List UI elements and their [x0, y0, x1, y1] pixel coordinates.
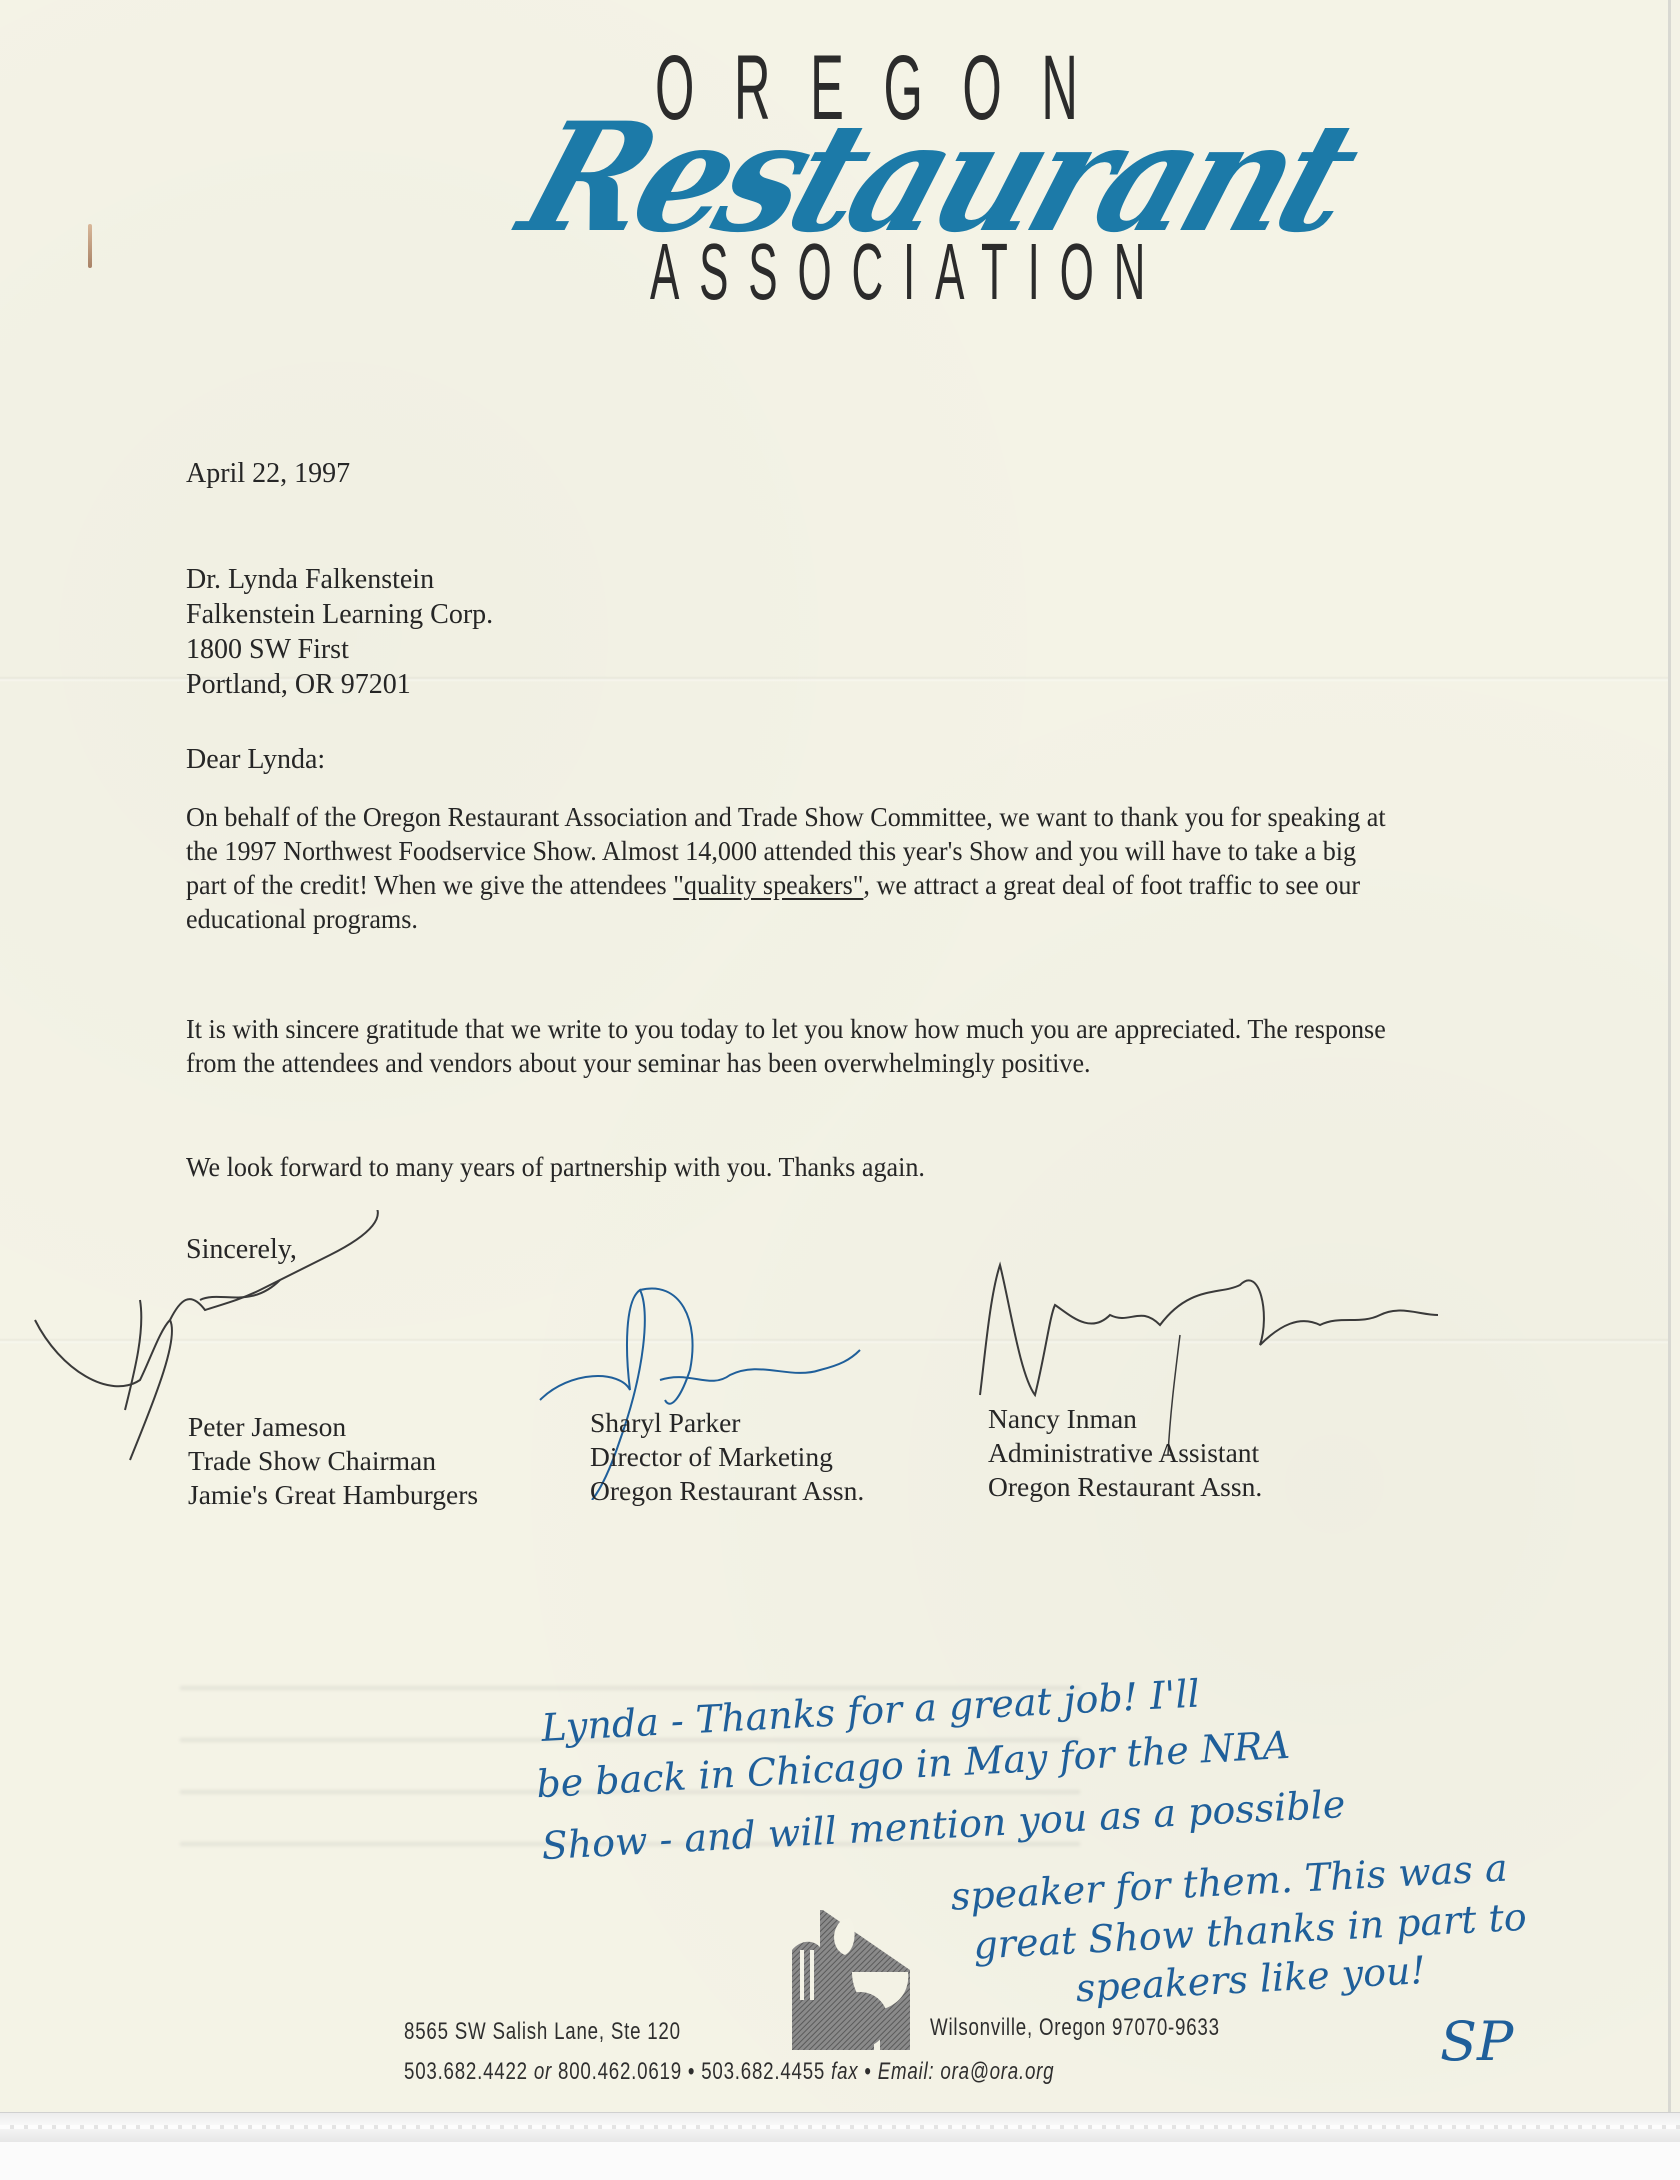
- signatory-org: Oregon Restaurant Assn.: [988, 1470, 1262, 1504]
- bullet-separator: •: [688, 2058, 695, 2085]
- signatory-title: Director of Marketing: [590, 1440, 864, 1474]
- recipient-address: Dr. Lynda Falkenstein Falkenstein Learni…: [186, 562, 493, 702]
- body-paragraph-2: It is with sincere gratitude that we wri…: [186, 1012, 1396, 1080]
- staple-mark: [88, 224, 92, 268]
- signatory-nancy-inman: Nancy Inman Administrative Assistant Ore…: [988, 1402, 1262, 1504]
- signatory-name: Sharyl Parker: [590, 1406, 864, 1440]
- recipient-street: 1800 SW First: [186, 632, 493, 667]
- footer-fax-label: fax: [831, 2058, 858, 2085]
- footer-fax: 503.682.4455: [701, 2058, 825, 2085]
- footer-phone: 503.682.4422: [404, 2058, 528, 2085]
- paper-fold: [0, 1338, 1668, 1344]
- signatory-name: Peter Jameson: [188, 1410, 478, 1444]
- quality-speakers-emphasis: "quality speakers": [673, 870, 863, 900]
- footer-contact-line: 503.682.4422 or 800.462.0619 • 503.682.4…: [404, 2058, 1054, 2086]
- body-paragraph-3: We look forward to many years of partner…: [186, 1150, 1396, 1184]
- footer-tollfree: 800.462.0619: [558, 2058, 682, 2085]
- ora-house-logo-icon: [790, 1910, 920, 2050]
- plastic-sleeve-edge: [0, 2112, 1680, 2144]
- recipient-city: Portland, OR 97201: [186, 667, 493, 702]
- recipient-company: Falkenstein Learning Corp.: [186, 597, 493, 632]
- background-below-page: [0, 2142, 1680, 2180]
- signatory-title: Trade Show Chairman: [188, 1444, 478, 1478]
- signatory-name: Nancy Inman: [988, 1402, 1262, 1436]
- footer-or: or: [534, 2058, 552, 2085]
- logo-association: ASSOCIATION: [650, 226, 1165, 318]
- bullet-separator: •: [864, 2058, 871, 2085]
- footer-address-street: 8565 SW Salish Lane, Ste 120: [404, 2018, 681, 2046]
- handwritten-initials: SP: [1440, 2010, 1513, 2073]
- letter-date: April 22, 1997: [186, 456, 350, 491]
- signatory-org: Oregon Restaurant Assn.: [590, 1474, 864, 1508]
- signatory-title: Administrative Assistant: [988, 1436, 1262, 1470]
- recipient-name: Dr. Lynda Falkenstein: [186, 562, 493, 597]
- signatory-sharyl-parker: Sharyl Parker Director of Marketing Oreg…: [590, 1406, 864, 1508]
- closing: Sincerely,: [186, 1232, 297, 1267]
- letterhead-logo: OREGON Restaurant ASSOCIATION: [480, 30, 1140, 310]
- signatory-org: Jamie's Great Hamburgers: [188, 1478, 478, 1512]
- footer-email-label: Email:: [878, 2058, 935, 2085]
- body-paragraph-1: On behalf of the Oregon Restaurant Assoc…: [186, 800, 1396, 936]
- salutation: Dear Lynda:: [186, 742, 325, 777]
- footer-address-city: Wilsonville, Oregon 97070-9633: [930, 2014, 1220, 2042]
- signatory-peter-jameson: Peter Jameson Trade Show Chairman Jamie'…: [188, 1410, 478, 1512]
- footer-email[interactable]: ora@ora.org: [940, 2058, 1054, 2085]
